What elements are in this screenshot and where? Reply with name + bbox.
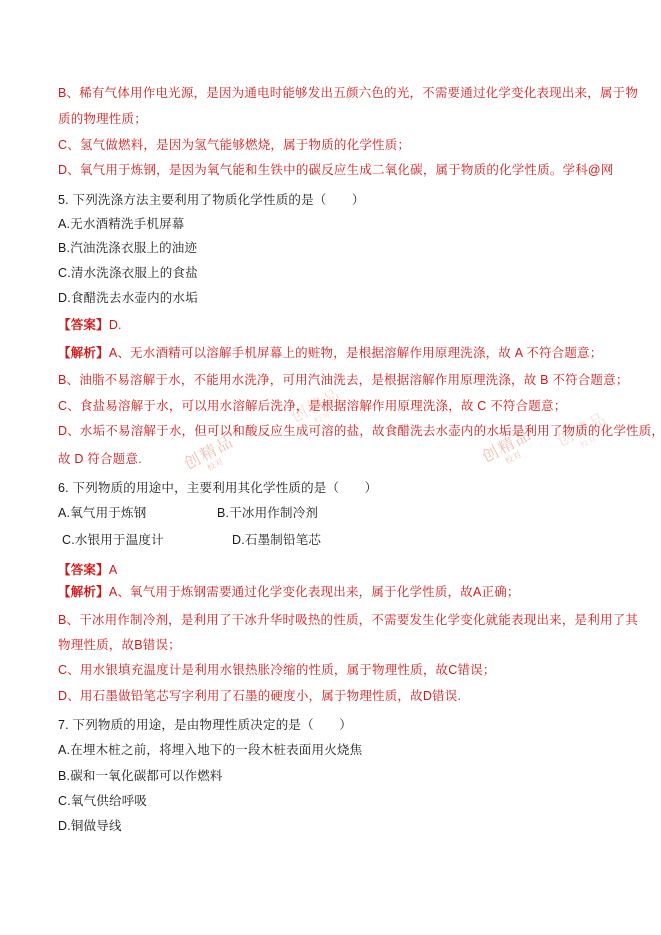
q7-option-b: B.碳和一氧化碳都可以作燃料 [58,769,223,783]
q6-analysis-text: A、氧气用于炼钢需要通过化学变化表现出来，属于化学性质，故A正确； [109,585,520,599]
prev-analysis-option-d: D、氧气用于炼钢，是因为氧气能和生铁中的碳反应生成二氧化碳，属于物质的化学性质。… [58,163,614,177]
q5-option-b: B.汽油洗涤衣服上的油迹 [58,241,197,255]
prev-analysis-option-b-line1: B、稀有气体用作电光源，是因为通电时能够发出五颜六色的光，不需要通过化学变化表现… [58,86,638,100]
q5-analysis-line3: C、食盐易溶解于水，可以用水溶解后洗净，是根据溶解作用原理洗涤，故 C 不符合题… [58,399,566,413]
q5-option-a: A.无水酒精洗手机屏幕 [58,217,185,231]
watermark: 创精品 校对 [182,434,242,482]
q6-option-b: B.干冰用作制冷剂 [217,506,318,520]
q7-stem: 7. 下列物质的用途，是由物理性质决定的是（ ） [58,718,352,732]
q5-analysis-line5: 故 D 符合题意. [58,452,142,466]
q5-answer-label: 【答案】 [58,318,109,332]
q5-analysis-label: 【解析】 [58,346,109,360]
watermark-subtext: 校对 [488,442,540,475]
prev-analysis-option-b-line2: 质的物理性质； [58,112,147,126]
q7-option-c: C.氧气供给呼吸 [58,794,147,808]
q5-stem: 5. 下列洗涤方法主要利用了物质化学性质的是（ ） [58,193,365,207]
watermark-subtext: 校对 [190,449,242,482]
q5-option-c: C.清水洗涤衣服上的食盐 [58,266,198,280]
q7-option-a: A.在埋木桩之前，将埋入地下的一段木桩表面用火烧焦 [58,743,362,757]
q6-analysis-line4: C、用水银填充温度计是利用水银热胀冷缩的性质，属于物理性质，故C错误； [58,663,496,677]
q6-answer-value: A [109,563,118,577]
q6-option-c: C.水银用于温度计 [58,533,164,547]
q6-option-d: D.石墨制铅笔芯 [232,533,321,547]
q6-answer-label: 【答案】 [58,563,109,577]
q6-analysis-line2: B、干冰用作制冷剂，是利用了干冰升华时吸热的性质，不需要发生化学变化就能表现出来… [58,613,638,627]
q5-analysis-line1: 【解析】A、无水酒精可以溶解手机屏幕上的赃物，是根据溶解作用原理洗涤，故 A 不… [58,346,602,360]
q5-answer-value: D. [109,318,122,332]
q6-options-row2: C.水银用于温度计D.石墨制铅笔芯 [58,533,598,547]
q6-option-a: A.氧气用于炼钢 [58,506,146,520]
q6-analysis-label: 【解析】 [58,585,109,599]
exam-document-page: 创精品 校对 创精品 校对 创精品 校对 创精品 校对 B、稀有气体用作电光源，… [0,0,661,935]
prev-analysis-option-c: C、氢气做燃料，是因为氢气能够燃烧，属于物质的化学性质； [58,138,410,152]
q5-option-d: D.食醋洗去水壶内的水垢 [58,291,198,305]
q5-analysis-text: A、无水酒精可以溶解手机屏幕上的赃物，是根据溶解作用原理洗涤，故 A 不符合题意… [109,346,603,360]
q5-analysis-line2: B、油脂不易溶解于水，不能用水洗净，可用汽油洗去，是根据溶解作用原理洗涤，故 B… [58,373,629,387]
q5-analysis-line4: D、水垢不易溶解于水，但可以和酸反应生成可溶的盐，故食醋洗去水壶内的水垢是利用了… [58,424,661,438]
q6-answer-line: 【答案】A [58,563,117,577]
watermark-text: 创精品 [182,434,238,474]
q7-option-d: D.铜做导线 [58,819,122,833]
q6-analysis-line5: D、用石墨做铅笔芯写字利用了石墨的硬度小，属于物理性质，故D错误. [58,689,461,703]
q6-analysis-line3: 物理性质，故B错误； [58,638,181,652]
q5-answer-line: 【答案】D. [58,318,122,332]
q6-options-row1: A.氧气用于炼钢B.干冰用作制冷剂 [58,506,598,520]
q6-stem: 6. 下列物质的用途中，主要利用其化学性质的是（ ） [58,481,377,495]
q6-analysis-line1: 【解析】A、氧气用于炼钢需要通过化学变化表现出来，属于化学性质，故A正确； [58,585,520,599]
